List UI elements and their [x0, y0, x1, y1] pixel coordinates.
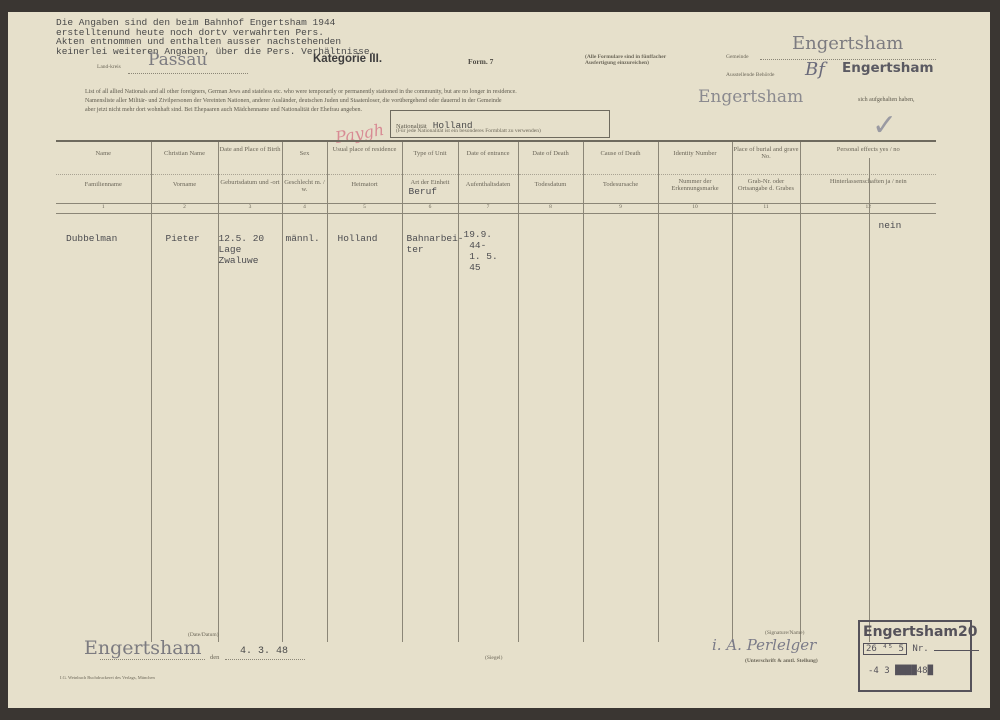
col-number: 1	[56, 204, 151, 214]
table-row: Dubbelman Pieter 12.5. 20 Lage Zwaluwe m…	[56, 214, 936, 643]
col-number: 4	[282, 204, 327, 214]
gemeinde-value: Engertsham	[792, 33, 903, 54]
signature-label-bottom: (Unterschrift & amtl. Stellung)	[745, 658, 818, 664]
col-header-en: Sex	[282, 141, 327, 175]
col-number: 11	[732, 204, 800, 214]
stamp-date-box: 26 ⁴⁵ 5	[863, 643, 907, 655]
intro-line-en: List of all allied Nationals and all oth…	[85, 88, 517, 97]
col-number: 9	[583, 204, 658, 214]
col-header-de: Nummer der Erkennungsmarke	[658, 175, 732, 204]
signature: i. A. Perlelger	[712, 636, 816, 654]
den-label: den	[210, 654, 219, 661]
checkmark-icon: ✓	[872, 108, 897, 143]
records-table: Name Christian Name Date and Place of Bi…	[56, 140, 936, 642]
col-header-de: Todesdatum	[518, 175, 583, 204]
stamp-nr-line	[934, 650, 979, 651]
footer-date: 4. 3. 48	[240, 646, 288, 657]
cell-birth: 12.5. 20 Lage Zwaluwe	[218, 214, 282, 643]
place-line	[100, 659, 205, 660]
cell-text	[733, 214, 800, 233]
nationality-note: (Für jede Nationalität ist ein besondere…	[396, 128, 541, 134]
cell-text	[584, 214, 658, 233]
seal-label: (Siegel)	[485, 655, 502, 661]
kategorie-label: Kategorie III.	[313, 53, 382, 65]
col-header-de: Aufenthaltsdaten	[458, 175, 518, 204]
col-header-en: Identity Number	[658, 141, 732, 175]
receipt-stamp: Engertsham20 26 ⁴⁵ 5 Nr. -4 3 ████48█	[858, 620, 972, 692]
col-header-en: Christian Name	[151, 141, 218, 175]
col-number: 5	[327, 204, 402, 214]
col-number: 7	[458, 204, 518, 214]
cell-unit: Bahnarbei- ter	[402, 214, 458, 643]
form-number: Form. 7	[468, 57, 493, 66]
cell-text: 19.9. 44- 1. 5. 45	[459, 214, 518, 273]
col-header-en: Date of entrance	[458, 141, 518, 175]
col-header-en: Name	[56, 141, 151, 175]
landkreis-line	[128, 73, 248, 74]
column-number-row: 1 2 3 4 5 6 7 8 9 10 11 12	[56, 204, 936, 214]
cell-residence: Holland	[327, 214, 402, 643]
typed-note: Die Angaben sind den beim Bahnhof Engert…	[56, 18, 375, 56]
col-header-de: Todesursache	[583, 175, 658, 204]
cell-name: Dubbelman	[56, 214, 151, 643]
cell-sex: männl.	[282, 214, 327, 643]
stamp-nr-label: Nr.	[912, 644, 928, 654]
cell-christian-name: Pieter	[151, 214, 218, 643]
landkreis-label: Land-kreis	[97, 64, 121, 70]
printer-imprint: I.G. Weinbuch Buchdruckerei des Verlags,…	[60, 675, 155, 680]
cell-death-date	[518, 214, 583, 643]
cell-text: Holland	[328, 214, 402, 244]
stamp-line-3: -4 3 ████48█	[868, 666, 933, 676]
cell-text: Pieter	[152, 214, 218, 244]
col-number: 10	[658, 204, 732, 214]
col-number: 6	[402, 204, 458, 214]
col-header-de: Grab-Nr. oder Ortsangabe d. Grabes	[732, 175, 800, 204]
cell-text: männl.	[283, 214, 327, 244]
nationality-box: Nationalität Holland (Für jede Nationali…	[390, 110, 610, 138]
intro-suffix: sich aufgehalten haben,	[858, 97, 914, 103]
cell-burial	[732, 214, 800, 643]
col-header-de: Familienname	[56, 175, 151, 204]
col-header-en: Place of burial and grave No.	[732, 141, 800, 175]
intro-line-de: Namensliste aller Militär- und Zivilpers…	[85, 97, 517, 106]
behoerde-stamp: Engertsham	[842, 60, 934, 76]
form-note: (Alle Formulare sind in fünffacher Ausfe…	[585, 54, 666, 66]
col-header-overtype: Beruf	[409, 186, 438, 197]
col-header-de: Geburtsdatum und -ort	[218, 175, 282, 204]
col-header-en: Date of Death	[518, 141, 583, 175]
effects-divider	[869, 158, 870, 642]
cell-text: Bahnarbei- ter	[403, 214, 458, 255]
intro-place-stamp: Engertsham	[698, 87, 803, 107]
cell-effects: nein	[800, 214, 936, 643]
header-row-en: Name Christian Name Date and Place of Bi…	[56, 141, 936, 175]
col-header-en: Date and Place of Birth	[218, 141, 282, 175]
col-number: 8	[518, 204, 583, 214]
header-row-de: Familienname Vorname Geburtsdatum und -o…	[56, 175, 936, 204]
landkreis-value: Passau	[148, 50, 207, 70]
footer-place: Engertsham	[84, 637, 202, 659]
behoerde-label: Ausstellende Behörde	[726, 72, 774, 78]
col-header-de: Vorname	[151, 175, 218, 204]
stamp-line-1: Engertsham20	[863, 624, 977, 640]
col-number: 2	[151, 204, 218, 214]
col-header-de: Geschlecht m. / w.	[282, 175, 327, 204]
col-number: 3	[218, 204, 282, 214]
col-header-en: Usual place of residence	[327, 141, 402, 175]
stamp-line-2: 26 ⁴⁵ 5 Nr.	[863, 644, 979, 654]
cell-death-cause	[583, 214, 658, 643]
col-header-de: Heimatort	[327, 175, 402, 204]
col-header-en: Type of Unit	[402, 141, 458, 175]
cell-text	[659, 214, 732, 233]
date-line	[225, 659, 305, 660]
cell-text	[519, 214, 583, 233]
col-header-de-text: Art der Einheit	[411, 179, 450, 186]
cell-dates: 19.9. 44- 1. 5. 45	[458, 214, 518, 643]
cell-identity-no	[658, 214, 732, 643]
cell-text: Dubbelman	[56, 214, 151, 244]
col-header-de: Art der Einheit Beruf	[402, 175, 458, 204]
behoerde-initials: Bf	[805, 59, 825, 80]
cell-text: 12.5. 20 Lage Zwaluwe	[219, 214, 282, 266]
col-header-en: Cause of Death	[583, 141, 658, 175]
gemeinde-label: Gemeinde	[726, 54, 749, 60]
form-note-line: Ausfertigung einzureichen)	[585, 60, 666, 66]
